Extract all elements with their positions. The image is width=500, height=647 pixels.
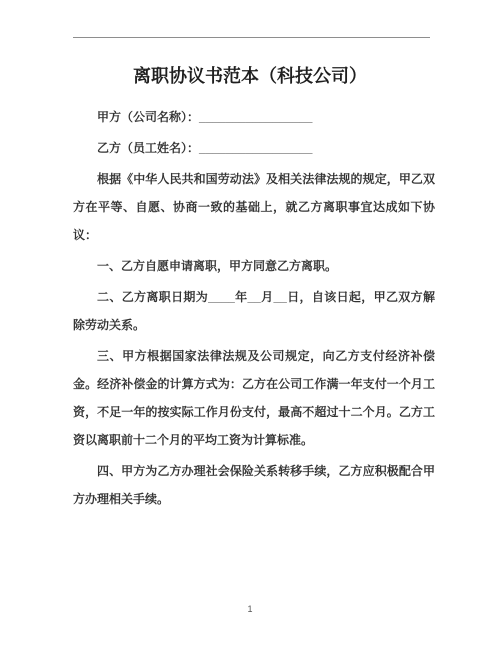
page-number: 1 <box>0 603 500 615</box>
party-a-label: 甲方（公司名称）： <box>97 110 199 124</box>
party-a-blank: _________________ <box>199 110 312 124</box>
document-title: 离职协议书范本（科技公司） <box>0 62 500 90</box>
party-b-blank: _________________ <box>199 141 312 155</box>
clause-1: 一、乙方自愿申请离职，甲方同意乙方离职。 <box>73 252 435 280</box>
party-b-line: 乙方（员工姓名）：_________________ <box>73 134 435 162</box>
document-body: 甲方（公司名称）：_________________ 乙方（员工姓名）：____… <box>73 103 435 516</box>
intro-paragraph: 根据《中华人民共和国劳动法》及相关法律法规的规定，甲乙双方在平等、自愿、协商一致… <box>73 165 435 249</box>
document-page: 离职协议书范本（科技公司） 甲方（公司名称）：_________________… <box>0 0 500 647</box>
clause-2: 二、乙方离职日期为____年__月__日，自该日起，甲乙双方解除劳动关系。 <box>73 283 435 339</box>
header-rule <box>73 37 430 38</box>
party-b-label: 乙方（员工姓名）： <box>97 141 199 155</box>
party-a-line: 甲方（公司名称）：_________________ <box>73 103 435 131</box>
clause-3: 三、甲方根据国家法律法规及公司规定，向乙方支付经济补偿金。经济补偿金的计算方式为… <box>73 342 435 454</box>
clause-4: 四、甲方为乙方办理社会保险关系转移手续，乙方应积极配合甲方办理相关手续。 <box>73 457 435 513</box>
